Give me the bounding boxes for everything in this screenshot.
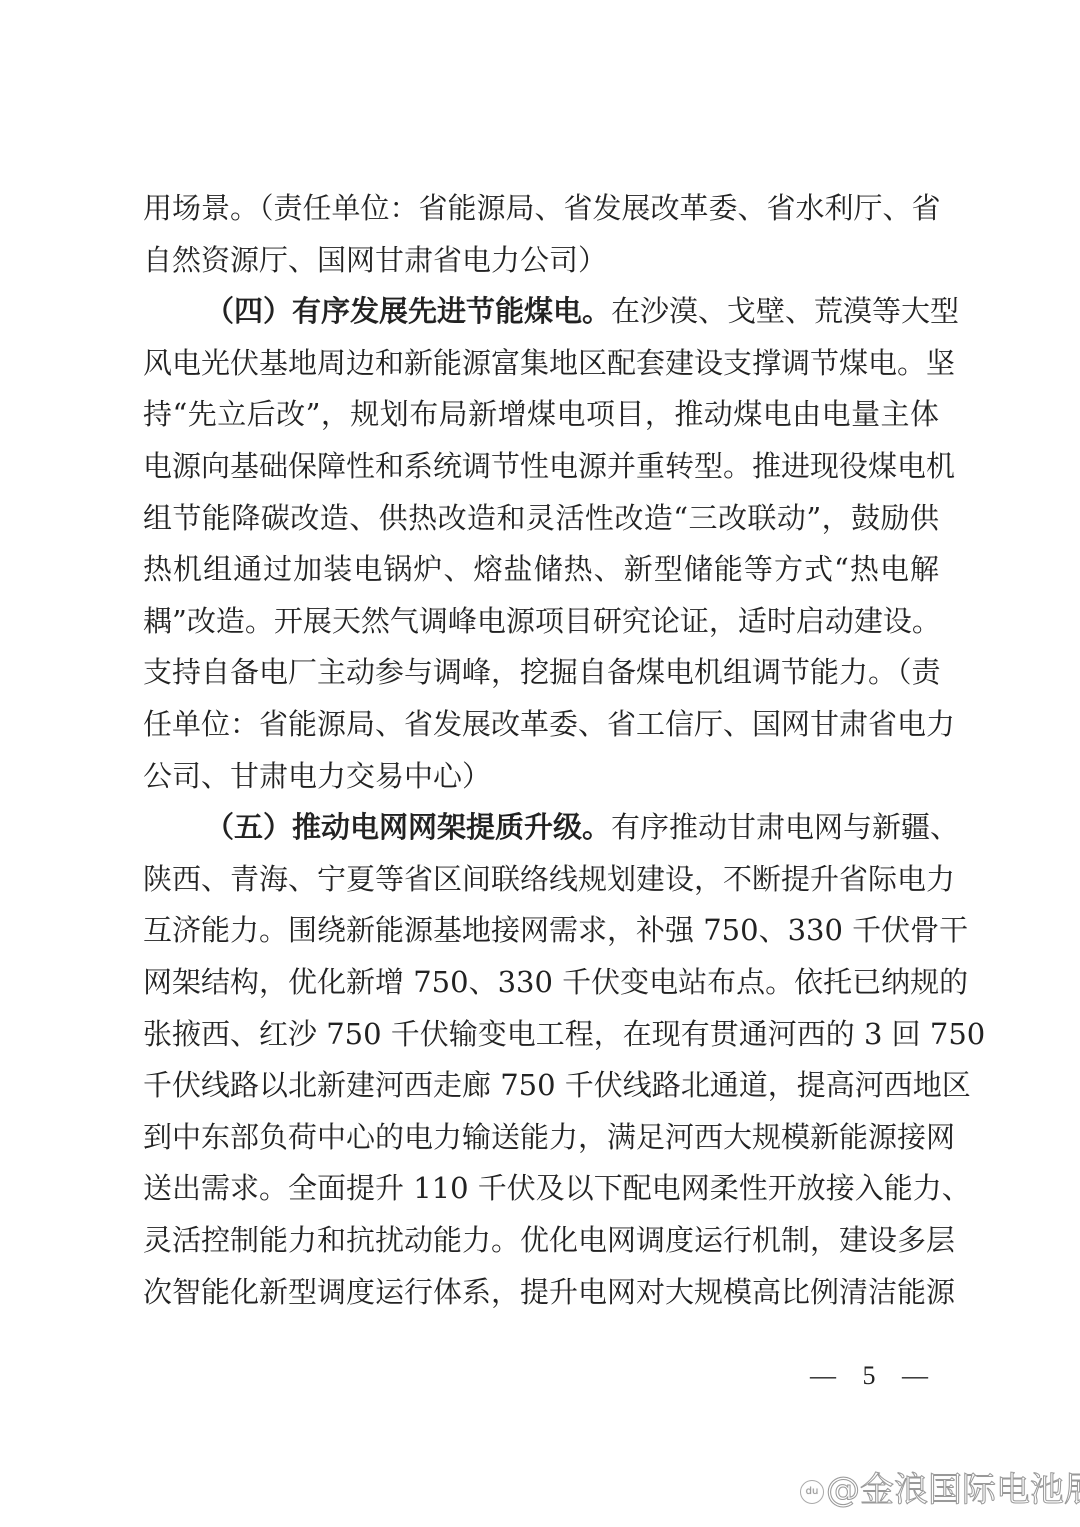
paragraph-line: 组节能降碳改造、供热改造和灵活性改造“三改联动”，鼓励供 xyxy=(143,492,939,544)
line-text: 互济能力。围绕新能源基地接网需求，补强 750、330 千伏骨干 xyxy=(143,913,968,947)
section-heading-line: （四）有序发展先进节能煤电。在沙漠、戈壁、荒漠等大型 xyxy=(205,285,939,337)
line-text: 有序推动甘肃电网与新疆、 xyxy=(611,810,959,844)
line-text: 张掖西、红沙 750 千伏输变电工程，在现有贯通河西的 3 回 750 xyxy=(143,1017,985,1051)
section-heading: （五）推动电网网架提质升级。 xyxy=(205,810,611,844)
paragraph-line: 电源向基础保障性和系统调节性电源并重转型。推进现役煤电机 xyxy=(143,440,939,492)
paragraph-line: 公司、甘肃电力交易中心） xyxy=(143,750,939,802)
paragraph-line: 热机组通过加装电锅炉、熔盐储热、新型储能等方式“热电解 xyxy=(143,543,939,595)
paragraph-line: 持“先立后改”，规划布局新增煤电项目，推动煤电由电量主体 xyxy=(143,388,939,440)
paragraph-line: 千伏线路以北新建河西走廊 750 千伏线路北通道，提高河西地区 xyxy=(143,1059,939,1111)
line-text: 电源向基础保障性和系统调节性电源并重转型。推进现役煤电机 xyxy=(143,449,955,483)
paragraph-line: 送出需求。全面提升 110 千伏及以下配电网柔性开放接入能力、 xyxy=(143,1162,939,1214)
line-text: 陕西、青海、宁夏等省区间联络线规划建设，不断提升省际电力 xyxy=(143,862,955,896)
line-text: 灵活控制能力和抗扰动能力。优化电网调度运行机制，建设多层 xyxy=(143,1223,955,1257)
line-text: 耦”改造。开展天然气调峰电源项目研究论证，适时启动建设。 xyxy=(143,604,941,638)
paragraph-line: 自然资源厅、国网甘肃省电力公司） xyxy=(143,234,939,286)
section-heading-line: （五）推动电网网架提质升级。有序推动甘肃电网与新疆、 xyxy=(205,801,939,853)
line-text: 到中东部负荷中心的电力输送能力，满足河西大规模新能源接网 xyxy=(143,1120,955,1154)
line-text: 千伏线路以北新建河西走廊 750 千伏线路北通道，提高河西地区 xyxy=(143,1068,971,1102)
line-text: 组节能降碳改造、供热改造和灵活性改造“三改联动”，鼓励供 xyxy=(143,501,939,535)
line-text: 任单位：省能源局、省发展改革委、省工信厅、国网甘肃省电力 xyxy=(143,707,955,741)
document-page: 用场景。（责任单位：省能源局、省发展改革委、省水利厅、省自然资源厅、国网甘肃省电… xyxy=(0,0,1080,1527)
section-heading: （四）有序发展先进节能煤电。 xyxy=(205,294,611,328)
line-text: 用场景。（责任单位：省能源局、省发展改革委、省水利厅、省 xyxy=(143,191,941,225)
baidu-paw-icon: du xyxy=(800,1480,824,1504)
line-text: 次智能化新型调度运行体系，提升电网对大规模高比例清洁能源 xyxy=(143,1275,955,1309)
watermark: du@金浪国际电池展 xyxy=(800,1468,1080,1512)
line-text: 公司、甘肃电力交易中心） xyxy=(143,759,491,793)
watermark-text: @金浪国际电池展 xyxy=(826,1470,1080,1510)
line-text: 支持自备电厂主动参与调峰，挖掘自备煤电机组调节能力。（责 xyxy=(143,655,941,689)
paragraph-line: 网架结构，优化新增 750、330 千伏变电站布点。依托已纳规的 xyxy=(143,956,939,1008)
paragraph-line: 张掖西、红沙 750 千伏输变电工程，在现有贯通河西的 3 回 750 xyxy=(143,1008,939,1060)
line-text: 持“先立后改”，规划布局新增煤电项目，推动煤电由电量主体 xyxy=(143,397,939,431)
line-text: 在沙漠、戈壁、荒漠等大型 xyxy=(611,294,959,328)
line-text: 自然资源厅、国网甘肃省电力公司） xyxy=(143,243,607,277)
line-text: 送出需求。全面提升 110 千伏及以下配电网柔性开放接入能力、 xyxy=(143,1171,971,1205)
paragraph-line: 任单位：省能源局、省发展改革委、省工信厅、国网甘肃省电力 xyxy=(143,698,939,750)
paragraph-line: 风电光伏基地周边和新能源富集地区配套建设支撑调节煤电。坚 xyxy=(143,337,939,389)
page-number: — 5 — xyxy=(810,1356,938,1396)
line-text: 风电光伏基地周边和新能源富集地区配套建设支撑调节煤电。坚 xyxy=(143,346,955,380)
line-text: 热机组通过加装电锅炉、熔盐储热、新型储能等方式“热电解 xyxy=(143,552,939,586)
paragraph-line: 耦”改造。开展天然气调峰电源项目研究论证，适时启动建设。 xyxy=(143,595,939,647)
paragraph-line: 互济能力。围绕新能源基地接网需求，补强 750、330 千伏骨干 xyxy=(143,904,939,956)
paragraph-line: 用场景。（责任单位：省能源局、省发展改革委、省水利厅、省 xyxy=(143,182,939,234)
paragraph-line: 到中东部负荷中心的电力输送能力，满足河西大规模新能源接网 xyxy=(143,1111,939,1163)
paragraph-line: 陕西、青海、宁夏等省区间联络线规划建设，不断提升省际电力 xyxy=(143,853,939,905)
paragraph-line: 灵活控制能力和抗扰动能力。优化电网调度运行机制，建设多层 xyxy=(143,1214,939,1266)
paragraph-line: 次智能化新型调度运行体系，提升电网对大规模高比例清洁能源 xyxy=(143,1266,939,1318)
line-text: 网架结构，优化新增 750、330 千伏变电站布点。依托已纳规的 xyxy=(143,965,968,999)
paragraph-line: 支持自备电厂主动参与调峰，挖掘自备煤电机组调节能力。（责 xyxy=(143,646,939,698)
